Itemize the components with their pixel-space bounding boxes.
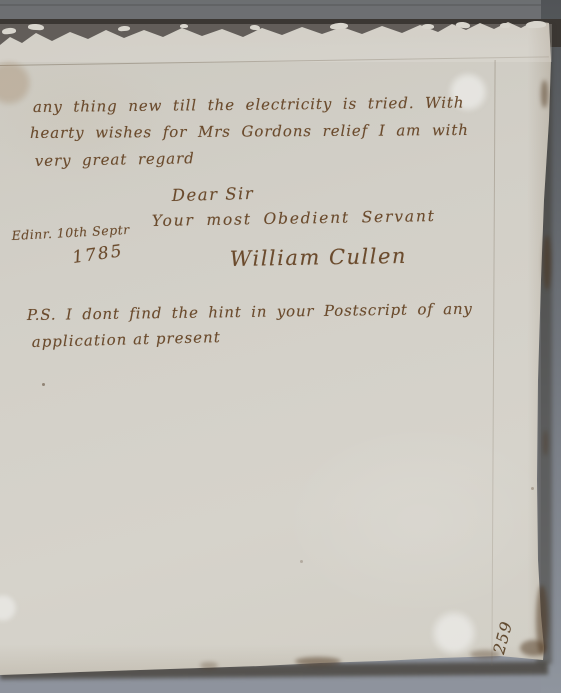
torn-fragment (250, 24, 260, 30)
edge-scorch-mark (543, 235, 551, 290)
scanned-letter-page: any thing new till the electricity is tr… (0, 0, 561, 693)
paper-speck (531, 487, 534, 490)
torn-fragment (456, 21, 470, 28)
paper-speck (42, 383, 45, 386)
mount-top-rule (0, 4, 561, 6)
edge-scorch-mark (541, 80, 548, 108)
closing-salutation: Dear Sir (172, 184, 255, 205)
torn-fragment (500, 23, 510, 28)
fold-top-strip (0, 24, 552, 62)
edge-scorch-mark (520, 640, 546, 656)
paper-speck (300, 560, 303, 563)
torn-fragment (422, 24, 434, 29)
signature-william-cullen: William Cullen (230, 244, 408, 271)
edge-scorch-mark (200, 662, 218, 669)
letter-body-line-2: hearty wishes for Mrs Gordons relief I a… (30, 121, 469, 142)
torn-fragment (180, 24, 188, 28)
torn-fragment (28, 23, 44, 30)
edge-scorch-mark (543, 430, 548, 456)
edge-scorch-mark (295, 657, 341, 666)
mount-top-band (0, 0, 561, 20)
stain-bottom-right (430, 609, 478, 657)
letter-body-line-3: very great regard (35, 149, 195, 170)
